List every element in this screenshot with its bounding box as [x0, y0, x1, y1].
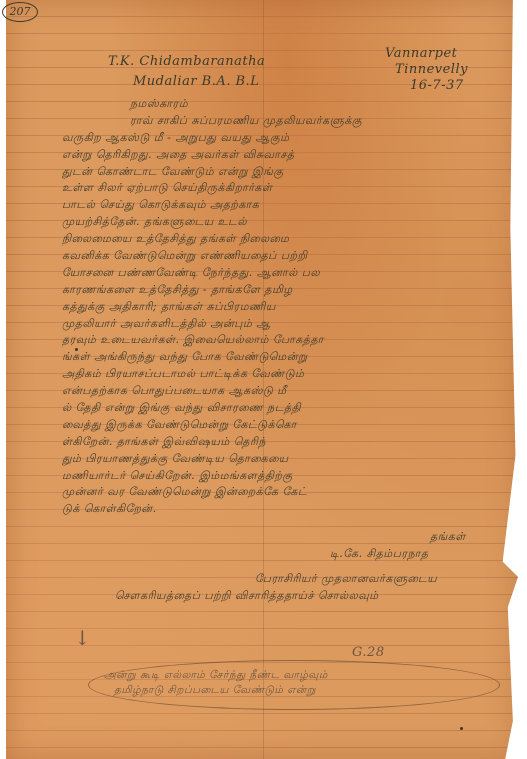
- ink-spot: [460, 727, 463, 730]
- body-line: ள்கிறேன். தாங்கள் இவ்விஷயம் தெரிந்: [62, 434, 362, 451]
- ink-spot: [75, 348, 78, 351]
- body-line: பாடல் செய்து கொடுக்கவும் அதற்காக: [62, 197, 362, 214]
- place-line-2: Tinnevelly: [385, 62, 468, 78]
- body-line: வருகிற ஆகஸ்டு மீ - அறுபது வயது ஆகும்: [62, 130, 362, 147]
- body-line: உள்ள சிலர் ஏற்பாடு செய்திருக்கிறார்கள்: [62, 180, 362, 197]
- pencil-note-line: அன்று கூடி எல்லாம் சேர்ந்து நீண்ட வாழ்வு…: [104, 668, 328, 683]
- body-line: முயற்சித்தேன். தங்களுடைய உடல்: [62, 214, 362, 231]
- sender-title: Mudaliar B.A. B.L: [108, 72, 265, 92]
- body-line: ல் தேதி என்று இங்கு வந்து விசாரணை நடத்தி: [62, 400, 362, 417]
- body-line: மணியார்டர் செய்கிறேன். இம்மங்களத்திற்கு: [62, 468, 362, 485]
- body-line: என்பதற்காக பொதுப்படையாக ஆகஸ்டு மீ: [62, 383, 362, 400]
- body-line: ராவ் சாகிப் சுப்பரமணிய முதலியவர்களுக்கு: [62, 113, 362, 130]
- body-line: தும் பிரயாணத்துக்கு வேண்டிய தொகையை: [62, 451, 362, 468]
- body-line: கவனிக்க வேண்டுமென்று எண்ணியதைப் பற்றி: [62, 248, 362, 265]
- sender-block: T.K. Chidambaranatha Mudaliar B.A. B.L: [108, 52, 265, 92]
- body-line: முதலியார் அவர்களிடத்தில் அன்பும் ஆ: [62, 316, 362, 333]
- body-line: கத்துக்கு அதிகாரி; தாங்கள் சுப்பிரமணிய: [62, 299, 362, 316]
- archive-number: 207: [2, 2, 38, 22]
- postscript: பேராசிரியர் முதலானவர்களுடைய சௌகரியத்தைப்…: [115, 570, 437, 604]
- postscript-line: பேராசிரியர் முதலானவர்களுடைய: [115, 570, 437, 587]
- pencil-arrow-icon: ↓: [74, 626, 91, 650]
- body-line: ங்கள் அங்கிருந்து வந்து போக வேண்டுமென்று: [62, 349, 362, 366]
- salutation: நமஸ்காரம்: [62, 96, 362, 113]
- pencil-note: அன்று கூடி எல்லாம் சேர்ந்து நீண்ட வாழ்வு…: [104, 668, 328, 698]
- pencil-note-line: தமிழ்நாடு சிறப்படைய வேண்டும் என்று: [104, 683, 328, 698]
- place-date-block: Vannarpet Tinnevelly 16-7-37: [385, 46, 468, 94]
- body-line: அதிகம் பிரயாசப்படாமல் பாட்டிக்க வேண்டும்: [62, 366, 362, 383]
- body-line: முன்னர் வர வேண்டுமென்று இன்றைக்கே கேட்: [62, 484, 362, 501]
- signature-block: தங்கள் டி.கே. சிதம்பரநாத: [330, 528, 466, 562]
- signature: டி.கே. சிதம்பரநாத: [330, 545, 466, 562]
- body-line: வைத்து இருக்க வேண்டுமென்று கேட்டுக்கொ: [62, 417, 362, 434]
- place-line-1: Vannarpet: [385, 46, 468, 62]
- body-line: காரணங்களை உத்தேசித்து - தாங்களே தமிழ: [62, 282, 362, 299]
- sender-name: T.K. Chidambaranatha: [108, 52, 265, 72]
- body-line: டுக் கொள்கிறேன்.: [62, 501, 362, 518]
- body-line: யோசனை பண்ணவேண்டி நேர்ந்தது. ஆனால் பல: [62, 265, 362, 282]
- archive-reference: G.28: [352, 645, 385, 660]
- letter-body: நமஸ்காரம் ராவ் சாகிப் சுப்பரமணிய முதலியவ…: [62, 96, 362, 518]
- body-line: தரவும் உடையவர்கள். இவையெல்லாம் போகத்தா: [62, 332, 362, 349]
- body-line: நிலைமையை உத்தேசித்து தங்கள் நிலைமை: [62, 231, 362, 248]
- closing: தங்கள்: [330, 528, 466, 545]
- body-line: துடன் கொண்டாட வேண்டும் என்று இங்கு: [62, 164, 362, 181]
- body-line: என்று தெரிகிறது. அதை அவர்கள் விசுவாசத்: [62, 147, 362, 164]
- letter-date: 16-7-37: [385, 78, 468, 94]
- postscript-line: சௌகரியத்தைப் பற்றி விசாரித்ததாய்ச் சொல்ல…: [115, 587, 437, 604]
